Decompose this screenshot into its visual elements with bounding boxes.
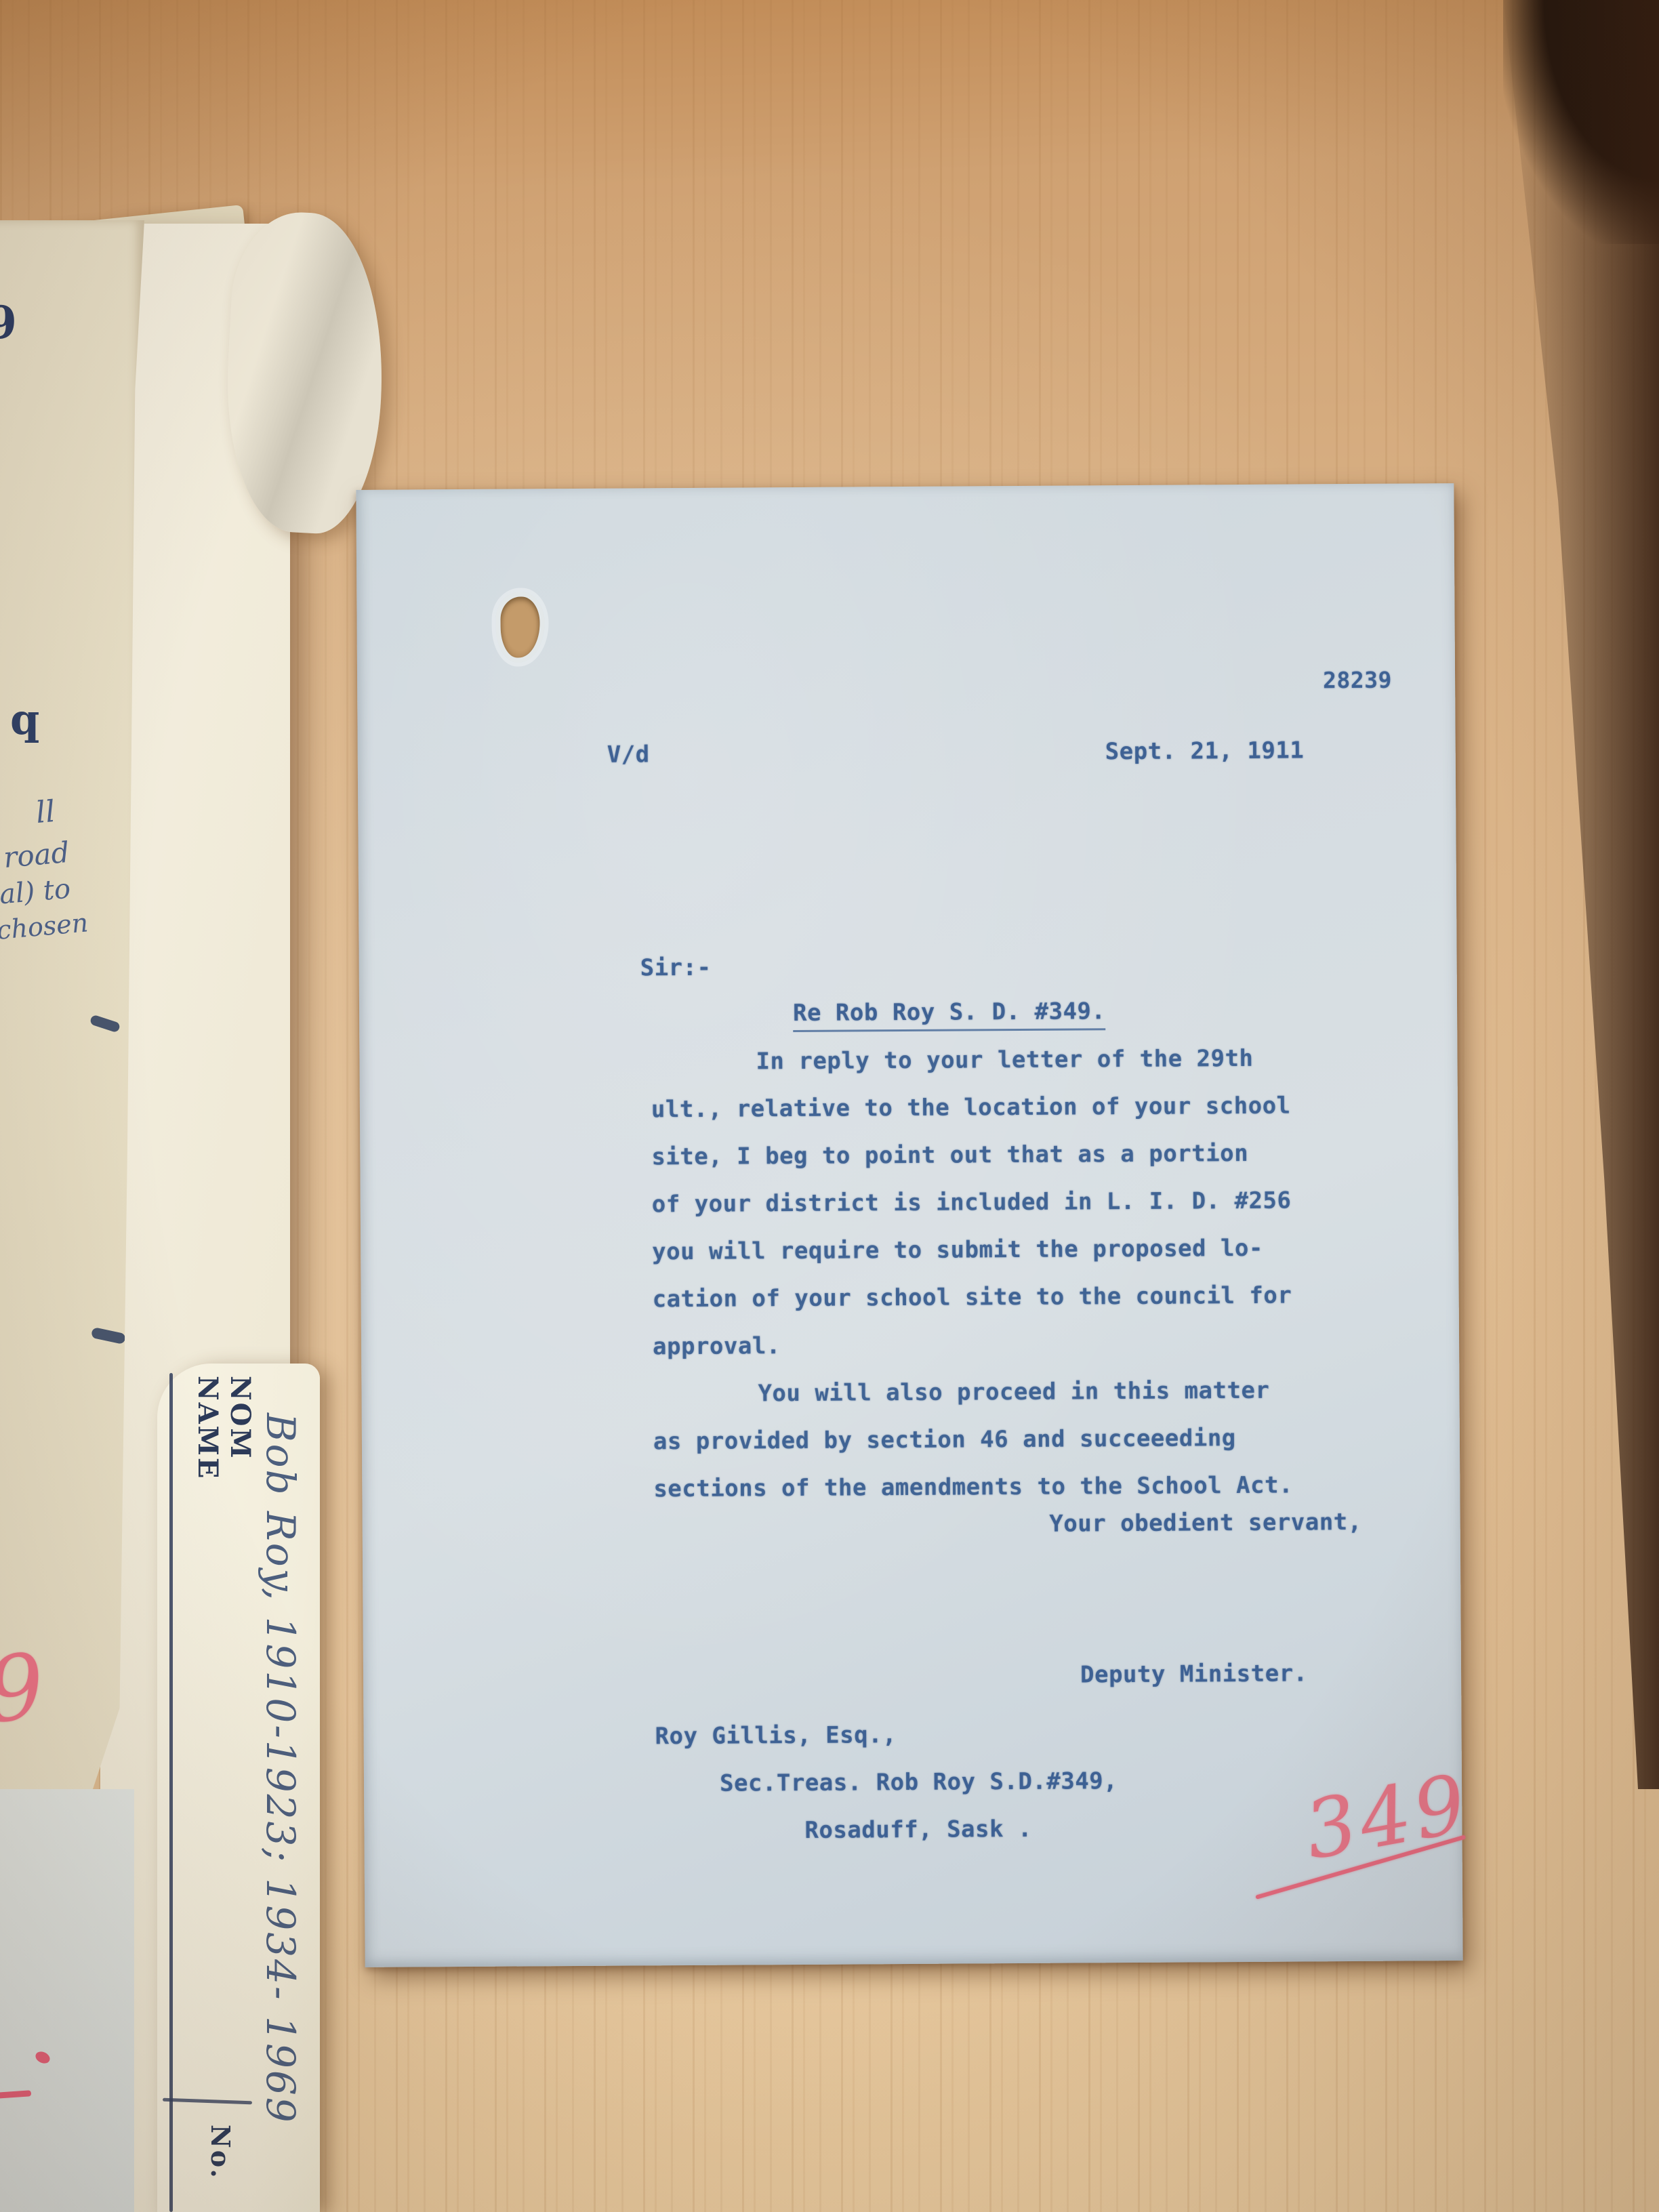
torn-hole xyxy=(495,592,545,662)
body-line: cation of your school site to the counci… xyxy=(652,1271,1360,1323)
tab-name-label: NAME xyxy=(192,1376,224,1480)
body-line: site, I beg to point out that as a porti… xyxy=(651,1129,1359,1181)
body-line: In reply to your letter of the 29th xyxy=(651,1034,1359,1086)
closing-line: Your obedient servant, xyxy=(654,1509,1362,1540)
body-line: of your district is included in L. I. D.… xyxy=(652,1176,1360,1228)
reference-initials: V/d xyxy=(607,741,650,768)
bottom-left-sheet xyxy=(0,1789,134,2212)
subject-line: Re Rob Roy S. D. #349. xyxy=(793,998,1106,1032)
file-folder-tab: NAME NOM Bob Roy, 1910-1923; 1934- 1969 … xyxy=(157,1364,320,2212)
body-line: as provided by section 46 and succeeedin… xyxy=(653,1414,1361,1465)
tab-separator-rule xyxy=(163,2098,252,2105)
printed-glyph: q xyxy=(10,695,39,744)
signature-title: Deputy Minister. xyxy=(1080,1660,1308,1688)
ink-mark xyxy=(89,1015,121,1033)
red-handwritten-digit: 9 xyxy=(0,1634,49,1744)
tab-handwritten-title: Bob Roy, 1910-1923; 1934- 1969 xyxy=(258,1413,304,2125)
photo-scene: 9 q ll road al) to chosen 9 NAME NOM Bob… xyxy=(0,0,1659,2212)
body-line: sections of the amendments to the School… xyxy=(653,1461,1361,1513)
body-line: You will also proceed in this matter xyxy=(653,1366,1361,1418)
red-ink-dot xyxy=(34,2049,52,2066)
handwriting-fragment: chosen xyxy=(0,907,89,945)
letter-paper: 28239 V/d Sept. 21, 1911 Sir:- Re Rob Ro… xyxy=(356,483,1462,1967)
recipient-line: Sec.Treas. Rob Roy S.D.#349, xyxy=(720,1767,1118,1797)
body-line: you will require to submit the proposed … xyxy=(652,1224,1360,1275)
corner-digit: 9 xyxy=(0,296,17,349)
red-ink-line xyxy=(0,2090,31,2099)
letter-body: In reply to your letter of the 29th ult.… xyxy=(651,1034,1361,1513)
body-line: approval. xyxy=(653,1319,1361,1370)
recipient-line: Roy Gillis, Esq., xyxy=(655,1721,897,1750)
file-number: 28239 xyxy=(1323,667,1392,694)
handwriting-fragment: al) to xyxy=(0,874,72,911)
tab-vertical-rule xyxy=(169,1373,173,2212)
handwriting-fragment: ll xyxy=(35,794,56,830)
recipient-line: Rosaduff, Sask . xyxy=(804,1816,1032,1844)
tab-number-label: No. xyxy=(205,2125,236,2180)
handwriting-fragment: road xyxy=(2,836,70,874)
body-line: ult., relative to the location of your s… xyxy=(651,1082,1359,1133)
ink-mark xyxy=(91,1327,126,1345)
tab-nom-label: NOM xyxy=(224,1376,256,1460)
letter-date: Sept. 21, 1911 xyxy=(1105,737,1305,765)
salutation: Sir:- xyxy=(640,954,712,982)
